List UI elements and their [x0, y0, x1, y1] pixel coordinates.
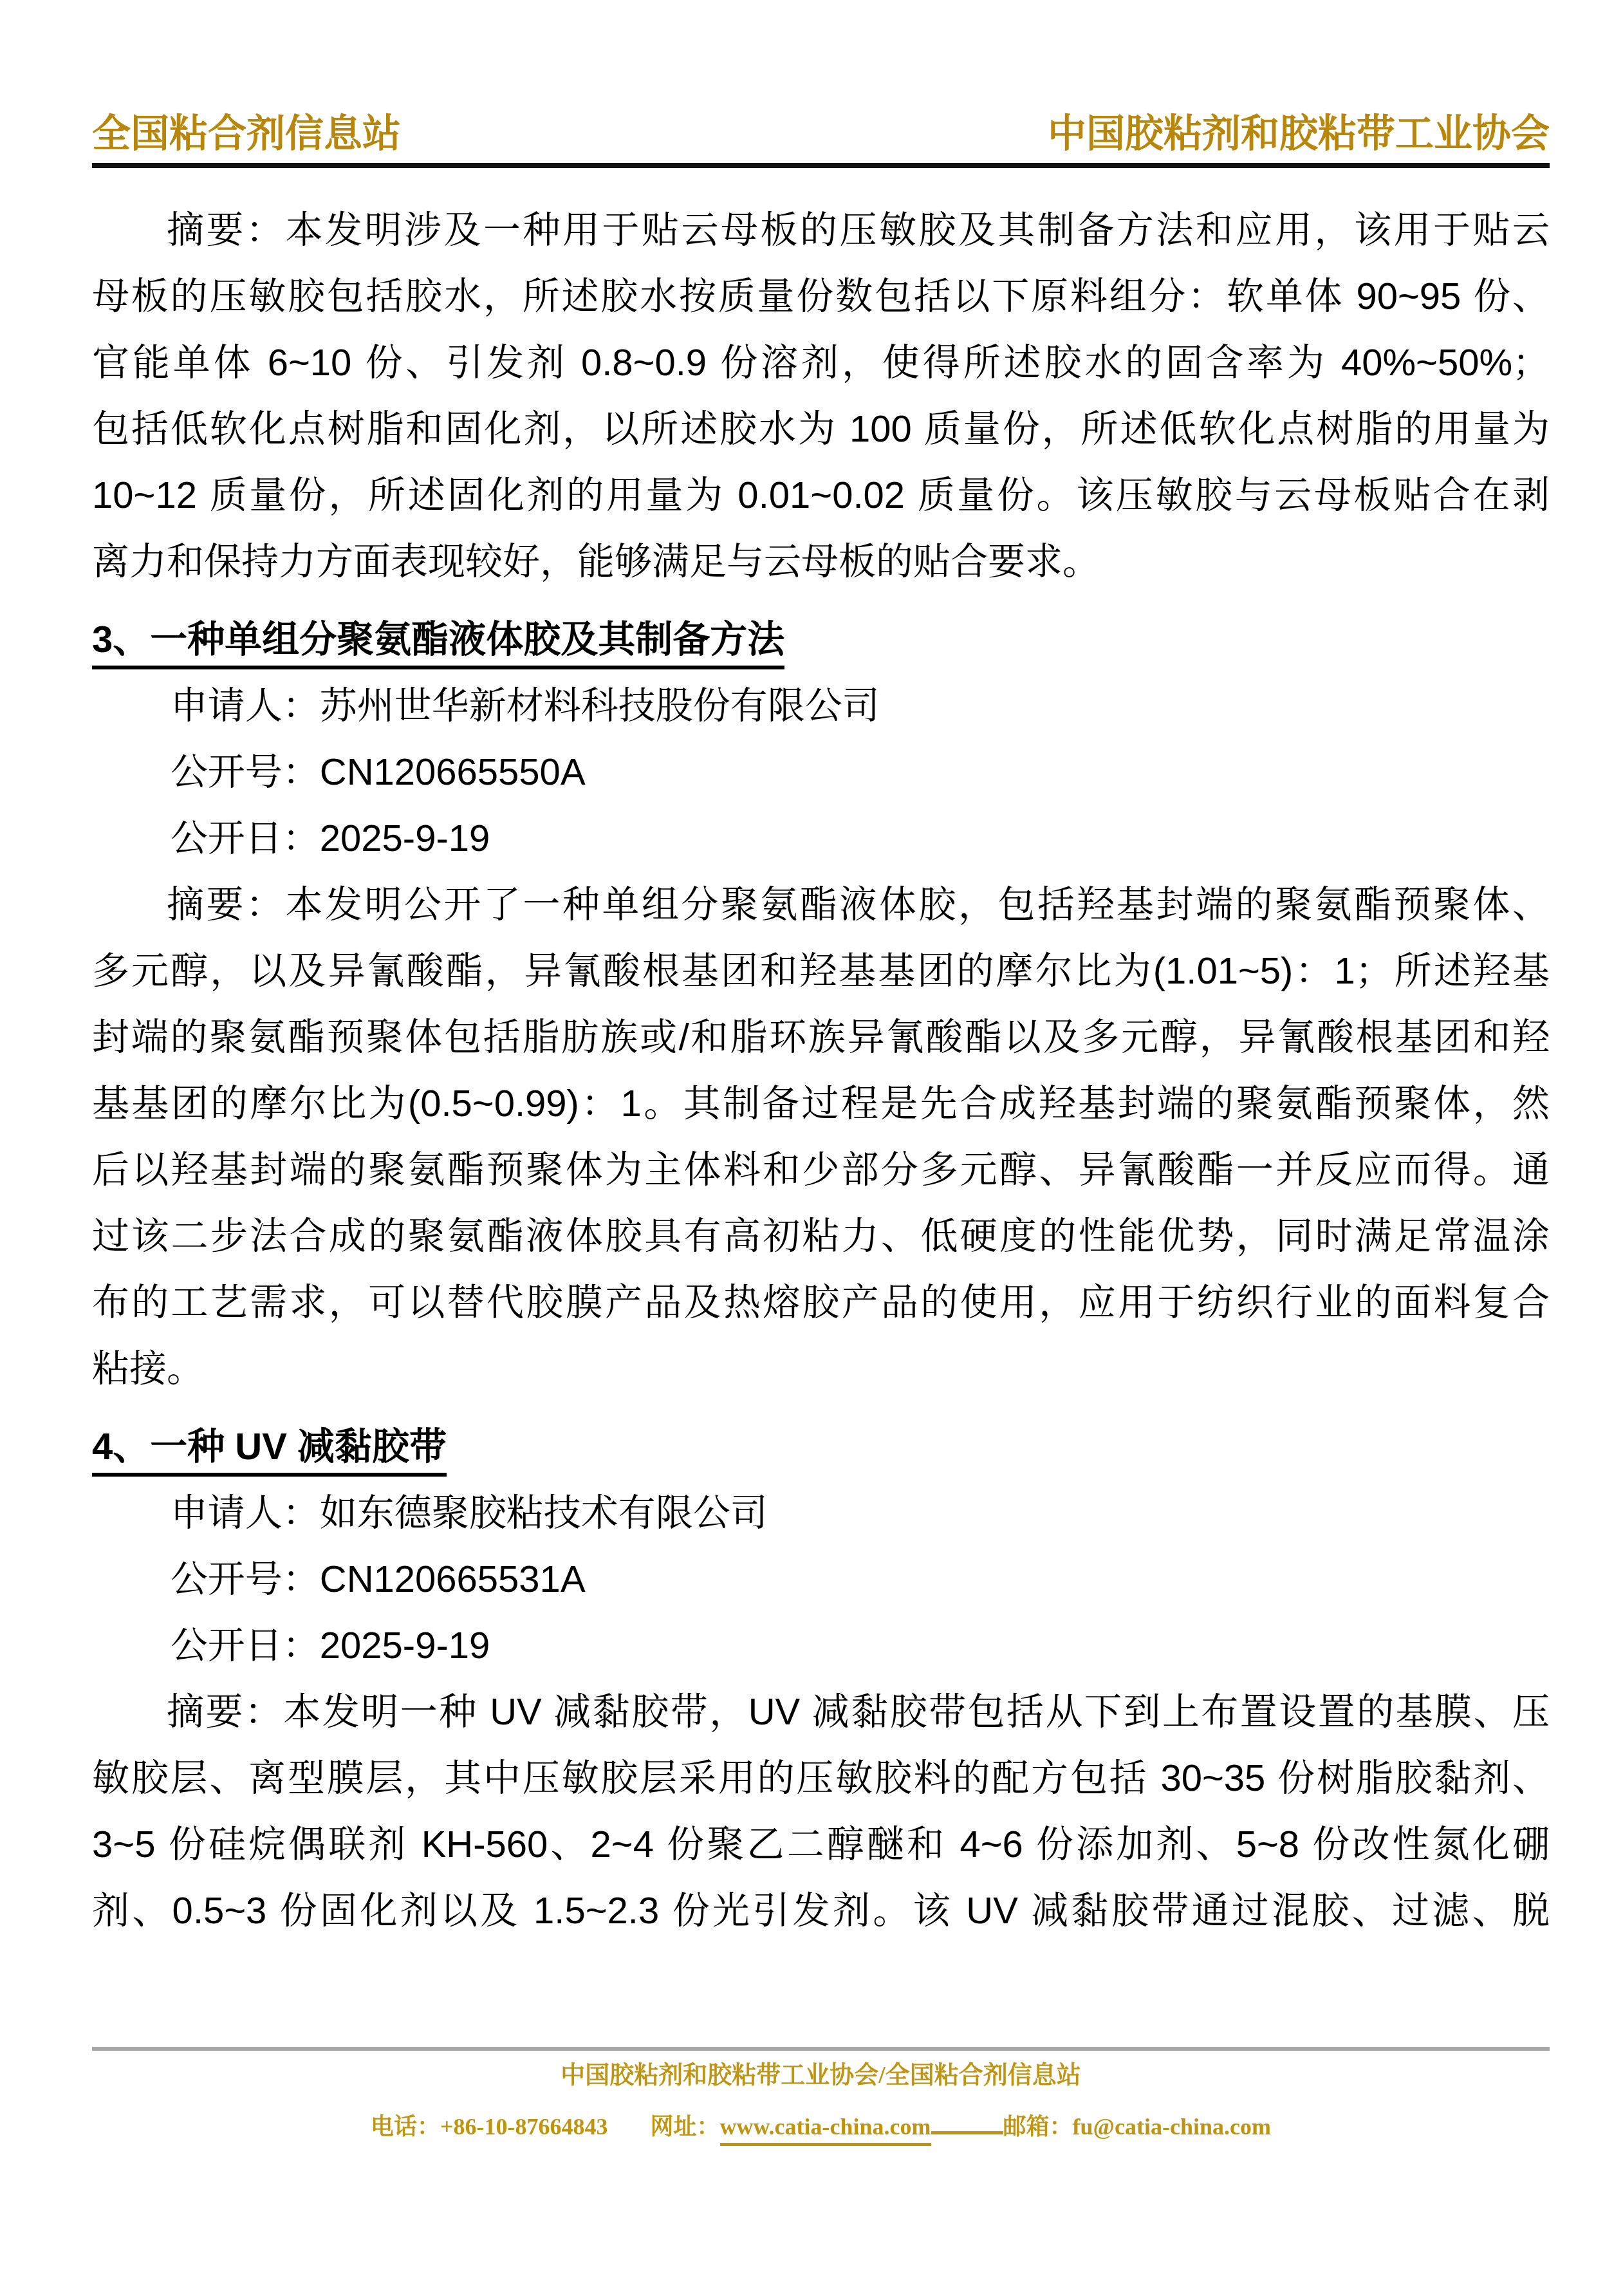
footer-organization: 中国胶粘剂和胶粘带工业协会/全国粘合剂信息站	[92, 2060, 1550, 2091]
patent-info-line: 公开号：CN120665550A	[92, 739, 1550, 805]
paragraph-line: 多元醇，以及异氰酸酯，异氰酸根基团和羟基基团的摩尔比为(1.01~5)：1；所述…	[92, 938, 1550, 1004]
paragraph-line: 包括低软化点树脂和固化剂，以所述胶水为 100 质量份，所述低软化点树脂的用量为	[92, 396, 1550, 462]
phone-label: 电话：	[371, 2114, 440, 2140]
patent-heading-text: 4、一种 UV 减黏胶带	[92, 1426, 447, 1477]
header-association-name: 中国胶粘剂和胶粘带工业协会	[1048, 113, 1550, 155]
page: 全国粘合剂信息站 中国胶粘剂和胶粘带工业协会 摘要：本发明涉及一种用于贴云母板的…	[0, 0, 1623, 2296]
paragraph-line: 基基团的摩尔比为(0.5~0.99)：1。其制备过程是先合成羟基封端的聚氨酯预聚…	[92, 1070, 1550, 1137]
patent-info-line: 申请人：苏州世华新材料科技股份有限公司	[92, 673, 1550, 739]
paragraph-line: 离力和保持力方面表现较好，能够满足与云母板的贴合要求。	[92, 528, 1550, 595]
patent-heading: 3、一种单组分聚氨酯液体胶及其制备方法	[92, 606, 1550, 673]
paragraph-line: 母板的压敏胶包括胶水，所述胶水按质量份数包括以下原料组分：软单体 90~95 份…	[92, 263, 1550, 330]
paragraph-line: 3~5 份硅烷偶联剂 KH-560、2~4 份聚乙二醇醚和 4~6 份添加剂、5…	[92, 1811, 1550, 1878]
paragraph-line: 粘接。	[92, 1336, 1550, 1402]
paragraph-line: 后以羟基封端的聚氨酯预聚体为主体料和少部分多元醇、异氰酸酯一并反应而得。通	[92, 1137, 1550, 1203]
paragraph-line: 摘要：本发明公开了一种单组分聚氨酯液体胶，包括羟基封端的聚氨酯预聚体、	[92, 872, 1550, 938]
website-link[interactable]: www.catia-china.com	[720, 2114, 931, 2146]
page-footer: 中国胶粘剂和胶粘带工业协会/全国粘合剂信息站 电话：+86-10-8766484…	[92, 2047, 1550, 2142]
paragraph-line: 封端的聚氨酯预聚体包括脂肪族或/和脂环族异氰酸酯以及多元醇，异氰酸根基团和羟	[92, 1004, 1550, 1070]
email-address: fu@catia-china.com	[1073, 2114, 1271, 2140]
header-site-name: 全国粘合剂信息站	[92, 113, 401, 155]
paragraph-line: 摘要：本发明涉及一种用于贴云母板的压敏胶及其制备方法和应用，该用于贴云	[92, 197, 1550, 263]
website-label: 网址：	[651, 2114, 720, 2140]
email-label: 邮箱：	[1003, 2114, 1073, 2140]
page-header: 全国粘合剂信息站 中国胶粘剂和胶粘带工业协会	[92, 0, 1550, 168]
patent-heading-text: 3、一种单组分聚氨酯液体胶及其制备方法	[92, 619, 784, 669]
paragraph-line: 官能单体 6~10 份、引发剂 0.8~0.9 份溶剂，使得所述胶水的固含率为 …	[92, 330, 1550, 396]
phone-number: +86-10-87664843	[440, 2114, 608, 2140]
patent-info-line: 申请人：如东德聚胶粘技术有限公司	[92, 1480, 1550, 1546]
patent-info-line: 公开号：CN120665531A	[92, 1546, 1550, 1612]
paragraph-line: 敏胶层、离型膜层，其中压敏胶层采用的压敏胶料的配方包括 30~35 份树脂胶黏剂…	[92, 1745, 1550, 1811]
footer-divider	[92, 2047, 1550, 2051]
paragraph-line: 剂、0.5~3 份固化剂以及 1.5~2.3 份光引发剂。该 UV 减黏胶带通过…	[92, 1878, 1550, 1944]
paragraph-line: 摘要：本发明一种 UV 减黏胶带，UV 减黏胶带包括从下到上布置设置的基膜、压	[92, 1679, 1550, 1745]
paragraph-line: 布的工艺需求，可以替代胶膜产品及热熔胶产品的使用，应用于纺织行业的面料复合	[92, 1269, 1550, 1336]
paragraph-line: 过该二步法合成的聚氨酯液体胶具有高初粘力、低硬度的性能优势，同时满足常温涂	[92, 1203, 1550, 1269]
patent-info-line: 公开日：2025-9-19	[92, 1612, 1550, 1679]
patent-heading: 4、一种 UV 减黏胶带	[92, 1414, 1550, 1480]
footer-contact-line: 电话：+86-10-87664843网址：www.catia-china.com…	[92, 2111, 1550, 2142]
website-link-underline-tail	[931, 2111, 1003, 2134]
patent-info-line: 公开日：2025-9-19	[92, 805, 1550, 872]
content: 摘要：本发明涉及一种用于贴云母板的压敏胶及其制备方法和应用，该用于贴云母板的压敏…	[92, 197, 1550, 1944]
paragraph-line: 10~12 质量份，所述固化剂的用量为 0.01~0.02 质量份。该压敏胶与云…	[92, 462, 1550, 528]
